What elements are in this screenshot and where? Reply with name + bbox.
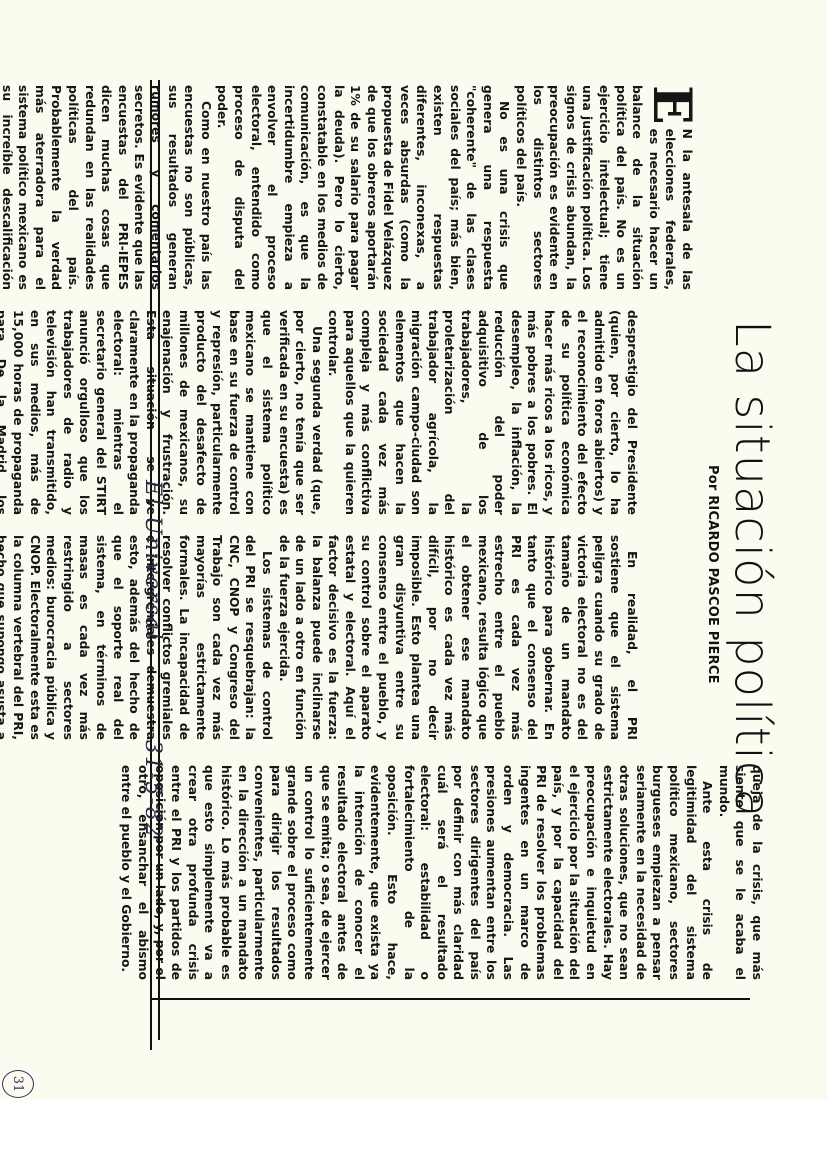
drop-cap: E bbox=[649, 85, 693, 125]
column-rule bbox=[150, 998, 750, 1000]
paragraph: Los sistemas de control del PRI se resqu… bbox=[0, 535, 275, 740]
paragraph: Ante esta crisis de legitimidad del sist… bbox=[118, 765, 715, 980]
handwritten-source: El Universal bbox=[140, 480, 165, 641]
paragraph: desprestigio del Presidente (quien, por … bbox=[325, 310, 640, 515]
clipping-frame: EN la antesala de las elecciones federal… bbox=[110, 80, 750, 1040]
scan-background bbox=[0, 1100, 827, 1169]
paragraph: Como en nuestro país las encuestas no so… bbox=[0, 85, 214, 290]
paragraph: queja de la crisis, que más siente que s… bbox=[715, 765, 765, 980]
article-column-3: En realidad, el PRI sostiene que el sist… bbox=[0, 535, 640, 740]
article-column-4: queja de la crisis, que más siente que s… bbox=[118, 765, 765, 980]
newspaper-clipping: La situación política Por RICARDO PASCOE… bbox=[90, 80, 780, 1080]
paragraph: En realidad, el PRI sostiene que el sist… bbox=[275, 535, 640, 740]
article-column-1: EN la antesala de las elecciones federal… bbox=[0, 85, 695, 290]
paragraph: EN la antesala de las elecciones federal… bbox=[512, 85, 695, 290]
handwritten-date: 31-5-82 bbox=[140, 740, 165, 839]
page-number-stamp: 31 bbox=[2, 1070, 34, 1098]
article-column-2: desprestigio del Presidente (quien, por … bbox=[0, 310, 640, 515]
paragraph: No es una crisis que genera una respuest… bbox=[214, 85, 513, 290]
